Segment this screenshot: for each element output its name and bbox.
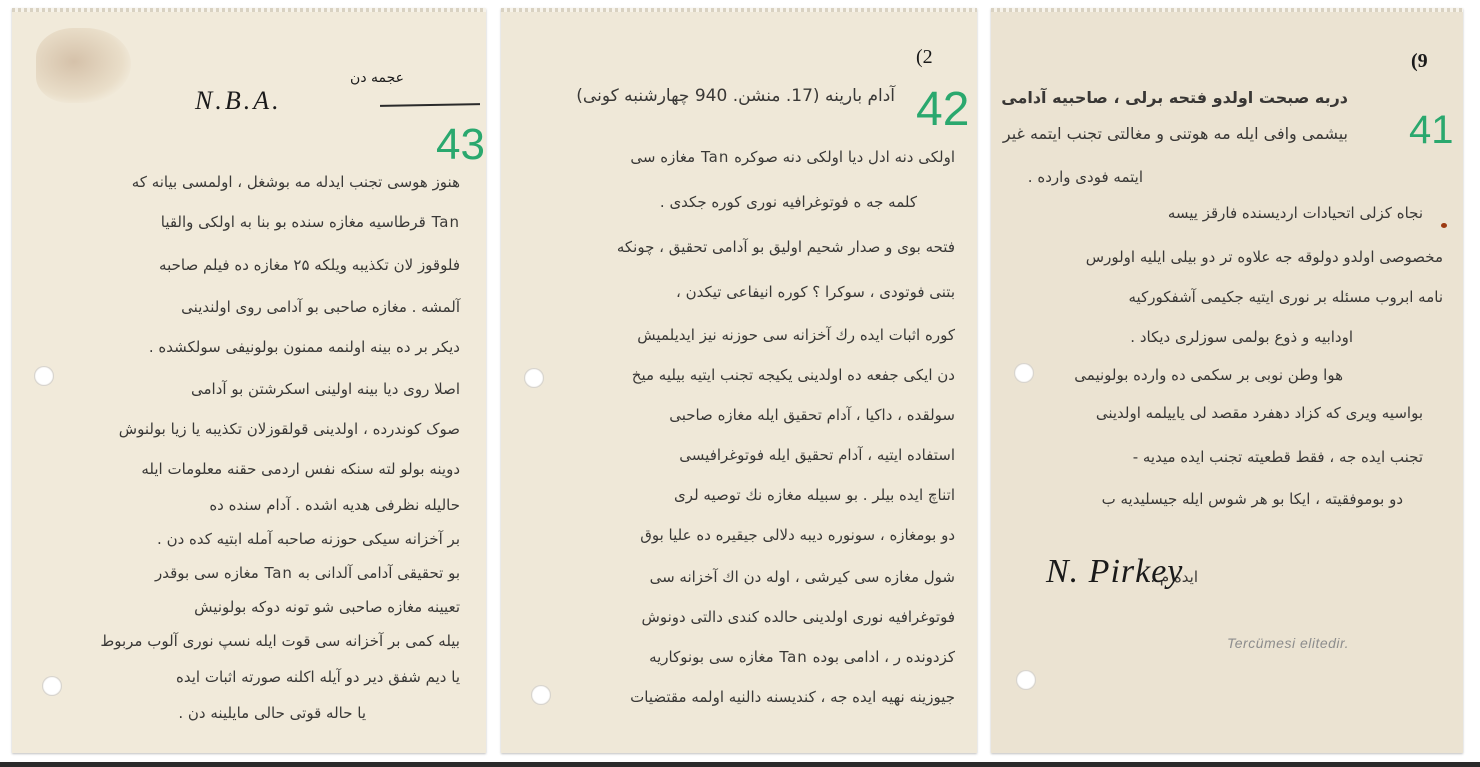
- text-line: اتناچ ایده بیلر . بو سبیله مغازه نك توصی…: [674, 486, 955, 504]
- text-line: تعیینه مغازه صاحبی شو تونه دوکه بولونیش: [194, 598, 460, 616]
- document-page-42: (2 42 آدام بارینه (17. منشن. 940 چهارشنب…: [501, 8, 977, 753]
- punch-hole: [42, 676, 62, 696]
- punch-hole: [1016, 670, 1036, 690]
- text-line: یا حاله قوتی حالی مایلینه دن .: [178, 704, 366, 722]
- text-line: بواسیه ویری که کزاد دهفرد مقصد لی یاییلم…: [1096, 404, 1423, 422]
- pencil-note: Tercümesi elitedir.: [1227, 635, 1349, 651]
- text-line: آلمشه . مغازه صاحبی بو آدامی روی اولندین…: [181, 298, 460, 316]
- folio-number: 42: [916, 82, 969, 137]
- text-line: دوینه بولو لته سنکه نفس اردمی حقنه معلوم…: [141, 460, 460, 478]
- text-line: اصلا روی دیا بینه اولینی اسکرشتن بو آدام…: [191, 380, 460, 398]
- text-line: فتحه بوی و صدار شحیم اولیق بو آدامی تحقی…: [617, 238, 955, 256]
- text-line: سولقده ، داکیا ، آدام تحقیق ایله مغازه ص…: [669, 406, 955, 424]
- text-line: بیشمی وافی ایله مه هوتنی و مغالتی تجنب ا…: [1003, 124, 1348, 143]
- punch-hole: [1014, 363, 1034, 383]
- paper-stain: [36, 28, 131, 103]
- text-line: ایتمه فودی وارده .: [1028, 168, 1143, 186]
- text-line: فلوقوز لان تکذیبه ویلکه ۲۵ مغازه ده فیلم…: [159, 256, 460, 274]
- text-line: هوا وطن نوبی بر سکمی ده وارده بولونیمی: [1074, 366, 1343, 384]
- text-line: بیله کمی بر آخزانه سی قوت ایله نسپ نوری …: [100, 632, 460, 650]
- date-line: آدام بارینه (17. منشن. 940 چهارشنبه کونی…: [576, 86, 895, 106]
- page-marker: (2: [916, 46, 933, 69]
- text-line: نامه ابروب مسئله بر نوری ایتیه جکیمی آشف…: [1129, 288, 1444, 306]
- punch-hole: [34, 366, 54, 386]
- folio-number: 41: [1409, 108, 1454, 153]
- header-right-note: عجمه دن: [350, 70, 404, 86]
- text-line: دو بوموفقیته ، ایکا بو هر شوس ایله جیسلی…: [1102, 490, 1403, 508]
- text-line: دربه صبحت اولدو فتحه برلی ، صاحبیه آدامی: [1001, 88, 1348, 107]
- ink-spot: [1441, 223, 1447, 228]
- text-line: کوره اثبات ایده رك آخزانه سی حوزنه نیز ا…: [637, 326, 955, 344]
- text-line: مخصوصی اولدو دولوقه جه علاوه تر دو بیلی …: [1086, 248, 1443, 266]
- punch-hole: [531, 685, 551, 705]
- text-line: صوک کوندرده ، اولدینی قولقوزلان تکذیبه ی…: [119, 420, 460, 438]
- text-line: حالیله نظرفی هدیه اشده . آدام سنده ده: [209, 496, 460, 514]
- folio-number: 43: [436, 120, 485, 170]
- signature: N. Pirkey: [1046, 553, 1183, 591]
- text-line: دو بومغازه ، سونوره دیبه دلالی جیقیره ده…: [640, 526, 955, 544]
- text-line: جیوزینه نهیه ایده جه ، کندیسنه دالنیه او…: [630, 688, 955, 706]
- text-line: کلمه جه ه فوتوغرافیه نوری کوره جکدی .: [660, 193, 917, 211]
- text-line: بتنی فوتودی ، سوکرا ؟ کوره انیفاعی تیکدن…: [676, 283, 955, 301]
- text-line: دیکر بر ده بینه اولنمه ممنون بولونیفی سو…: [149, 338, 460, 356]
- punch-hole: [524, 368, 544, 388]
- text-line: اودابیه و ذوع بولمی سوزلری دیکاد .: [1130, 328, 1353, 346]
- text-line: هنوز هوسی تجنب ایدله مه بوشغل ، اولمسی ب…: [132, 173, 460, 191]
- text-line: اولکی دنه ادل دیا اولکی دنه صوکره Tan مغ…: [630, 148, 955, 166]
- text-line: یا دیم شفق دیر دو آیله اکلنه صورته اثبات…: [176, 668, 460, 686]
- document-page-43: N.B.A. عجمه دن 43 هنوز هوسی تجنب ایدله م…: [12, 8, 486, 753]
- page-marker: (9: [1411, 50, 1428, 73]
- header-underline: [380, 103, 480, 106]
- text-line: استفاده ایتیه ، آدام تحقیق ایله فوتوغراف…: [679, 446, 955, 464]
- document-page-41: (9 41 دربه صبحت اولدو فتحه برلی ، صاحبیه…: [991, 8, 1463, 753]
- text-line: بر آخزانه سیکی حوزنه صاحبه آمله ابتیه کد…: [157, 530, 460, 548]
- text-line: شول مغازه سی کیرشی ، اوله دن اك آخزانه س…: [650, 568, 955, 586]
- text-line: فوتوغرافیه نوری اولدینی حالده کندی دالتی…: [642, 608, 955, 626]
- text-line: بو تحقیقی آدامی آلدانی به Tan مغازه سی ب…: [155, 564, 460, 582]
- text-line: کزدونده ر ، ادامی بوده Tan مغازه سی بونو…: [649, 648, 955, 666]
- header-initials: N.B.A.: [195, 86, 282, 116]
- bottom-edge-bar: [0, 762, 1480, 767]
- text-line: دن ایکی جفعه ده اولدینی یکیجه تجنب ایتیه…: [632, 366, 955, 384]
- text-line: نجاه کزلی اتحیادات اردیسنده فارقز ییسه: [1168, 204, 1423, 222]
- text-line: تجنب ایده جه ، فقط قطعیته تجنب ایده میدی…: [1133, 448, 1423, 466]
- text-line: Tan قرطاسیه مغازه سنده بو بنا به اولکی و…: [161, 213, 460, 231]
